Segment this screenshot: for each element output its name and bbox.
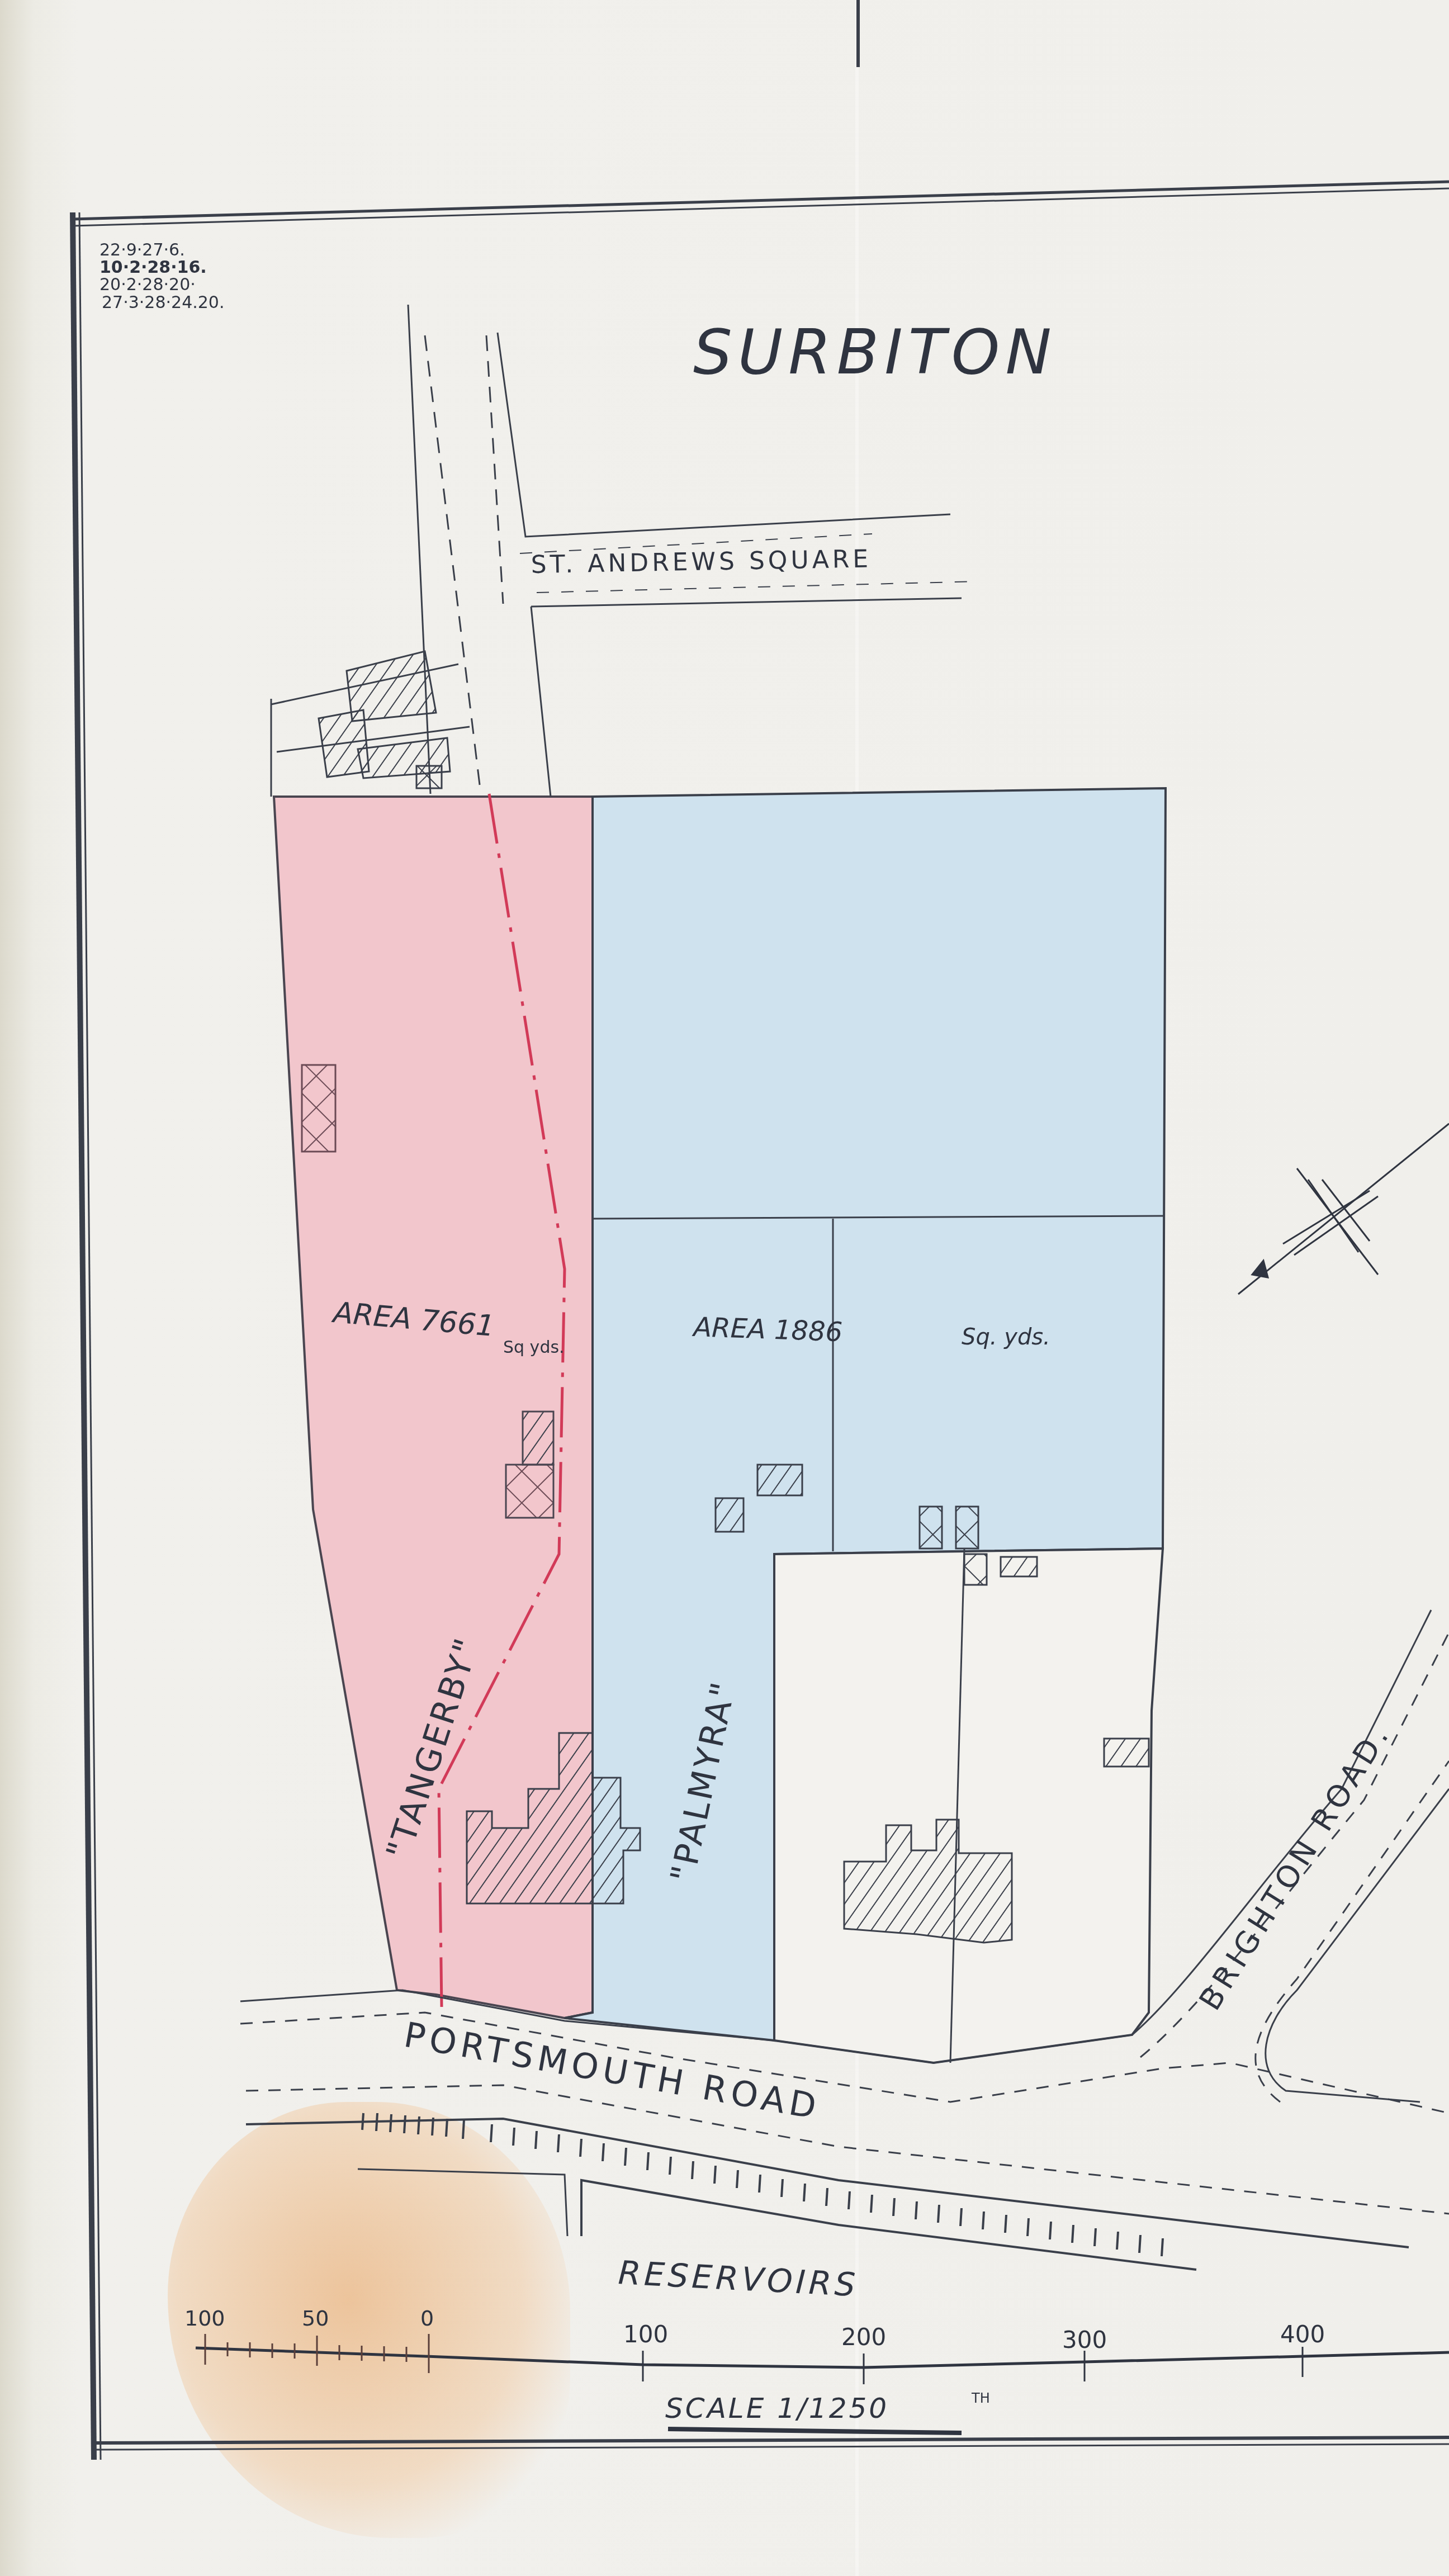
label-st-andrews-square: St. Andrews Square <box>531 544 872 579</box>
svg-text:20·2·28·20·: 20·2·28·20· <box>100 275 196 295</box>
scale-tick-400: 400 <box>1280 2321 1325 2348</box>
scale-tick-0: 0 <box>420 2306 434 2331</box>
corner-notes: 22·9·27·6. 10·2·28·16. 20·2·28·20· 27·3·… <box>100 240 224 312</box>
reservoir-railings <box>362 2113 1163 2256</box>
scale-label: Scale 1/1250 <box>665 2392 889 2425</box>
map-title: SURBITON <box>693 316 1057 388</box>
scale-label-suffix: th <box>971 2390 990 2406</box>
scale-bar: 100 50 0 100 200 300 400 Scale 1/1250 th <box>184 2306 1449 2433</box>
compass-north-point-icon <box>1238 1124 1449 1294</box>
label-brighton-road: Brighton Road. <box>1192 1717 1398 2016</box>
scale-tick-100: 100 <box>623 2321 668 2348</box>
scale-tick-200: 200 <box>841 2323 886 2351</box>
buildings-northwest <box>271 651 470 797</box>
plot-east[interactable] <box>774 1549 1163 2063</box>
svg-text:10·2·28·16.: 10·2·28·16. <box>100 258 207 277</box>
label-tangerby-unit: Sq yds. <box>503 1338 565 1357</box>
label-reservoirs: Reservoirs <box>617 2253 859 2304</box>
label-palmyra-unit: Sq. yds. <box>962 1324 1050 1350</box>
scale-tick-left-50: 50 <box>302 2306 329 2331</box>
scale-tick-left-100: 100 <box>184 2306 225 2331</box>
survey-plan-drawing: 22·9·27·6. 10·2·28·16. 20·2·28·20· 27·3·… <box>0 0 1449 2576</box>
label-palmyra-area: AREA 1886 <box>692 1311 844 1348</box>
svg-text:22·9·27·6.: 22·9·27·6. <box>100 240 185 260</box>
scale-tick-300: 300 <box>1062 2326 1107 2354</box>
svg-text:27·3·28·24.20.: 27·3·28·24.20. <box>102 293 224 312</box>
